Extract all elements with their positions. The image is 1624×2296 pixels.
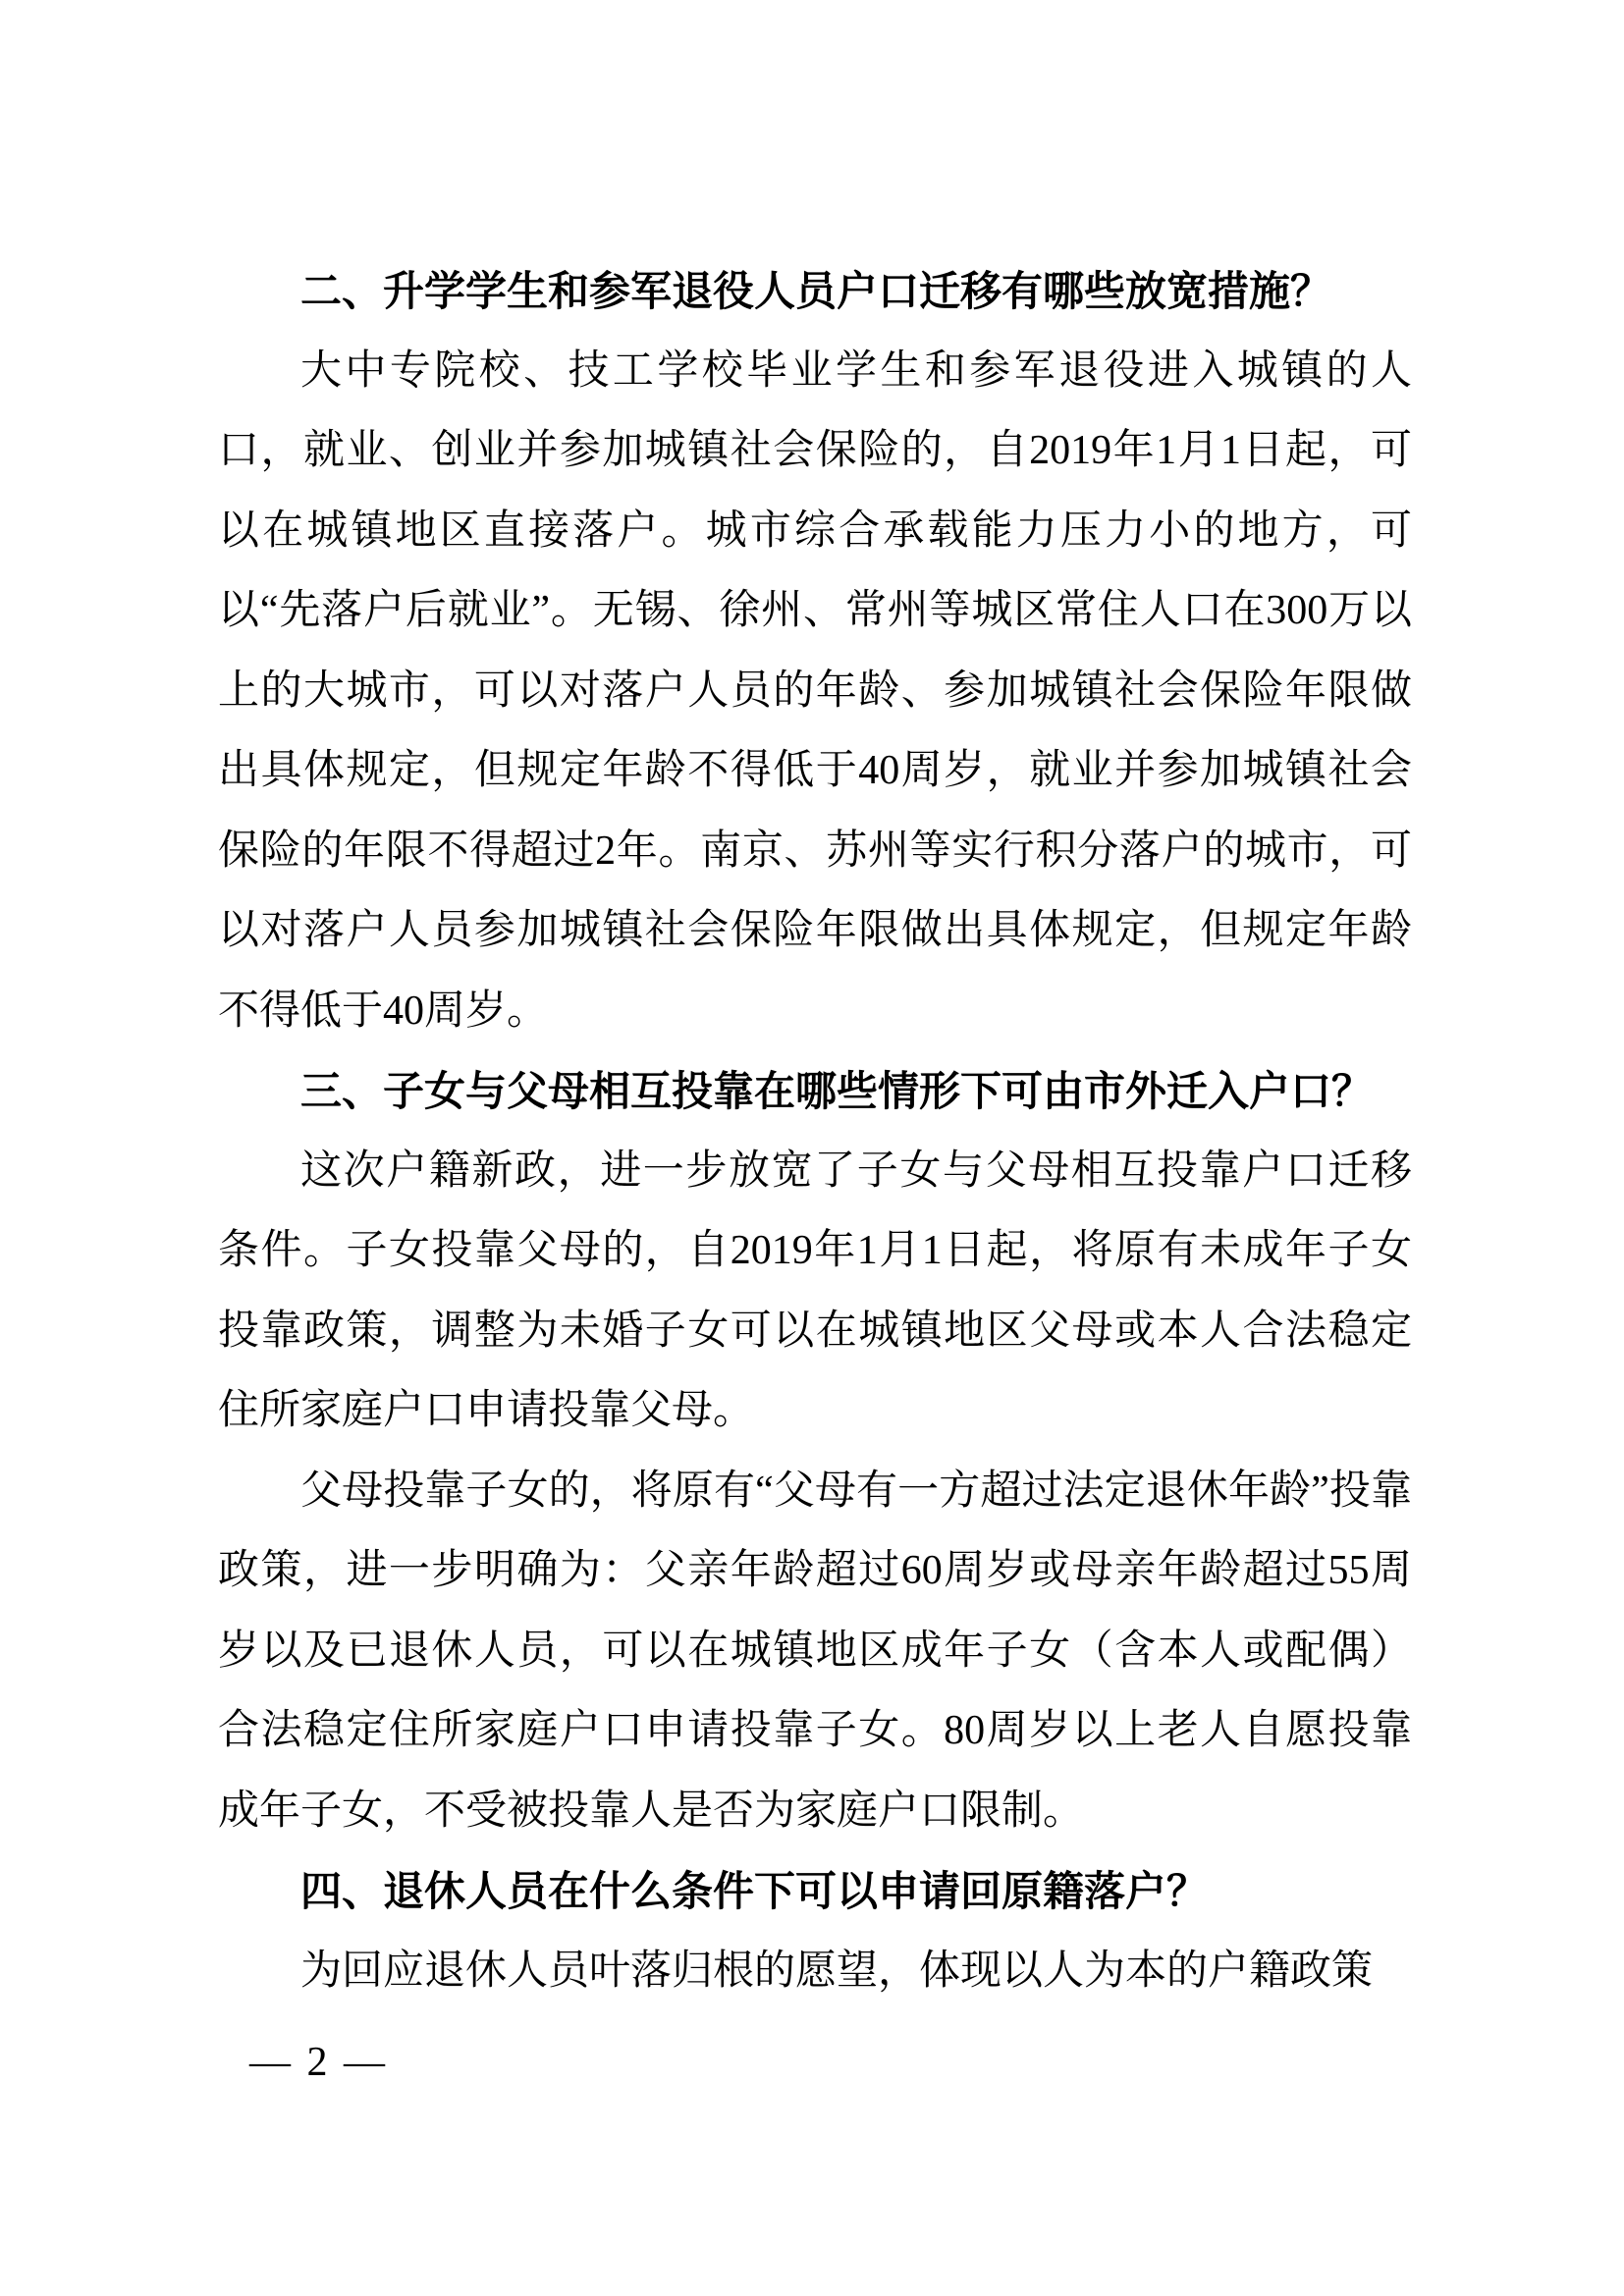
document-page: 二、升学学生和参军退役人员户口迁移有哪些放宽措施？大中专院校、技工学校毕业学生和…: [0, 0, 1624, 2296]
body-paragraph: 为回应退休人员叶落归根的愿望，体现以人为本的户籍政策: [218, 1932, 1412, 2012]
body-paragraph: 父母投靠子女的，将原有“父母有一方超过法定退休年龄”投靠政策，进一步明确为：父亲…: [218, 1452, 1412, 1852]
section-heading: 二、升学学生和参军退役人员户口迁移有哪些放宽措施？: [218, 251, 1412, 332]
section-heading: 三、子女与父母相互投靠在哪些情形下可由市外迁入户口？: [218, 1051, 1412, 1132]
page-number: — 2 —: [249, 2042, 388, 2083]
body-paragraph: 大中专院校、技工学校毕业学生和参军退役进入城镇的人口，就业、创业并参加城镇社会保…: [218, 332, 1412, 1052]
body-paragraph: 这次户籍新政，进一步放宽了子女与父母相互投靠户口迁移条件。子女投靠父母的，自20…: [218, 1132, 1412, 1452]
section-heading: 四、退休人员在什么条件下可以申请回原籍落户？: [218, 1851, 1412, 1932]
document-body: 二、升学学生和参军退役人员户口迁移有哪些放宽措施？大中专院校、技工学校毕业学生和…: [218, 251, 1412, 2011]
